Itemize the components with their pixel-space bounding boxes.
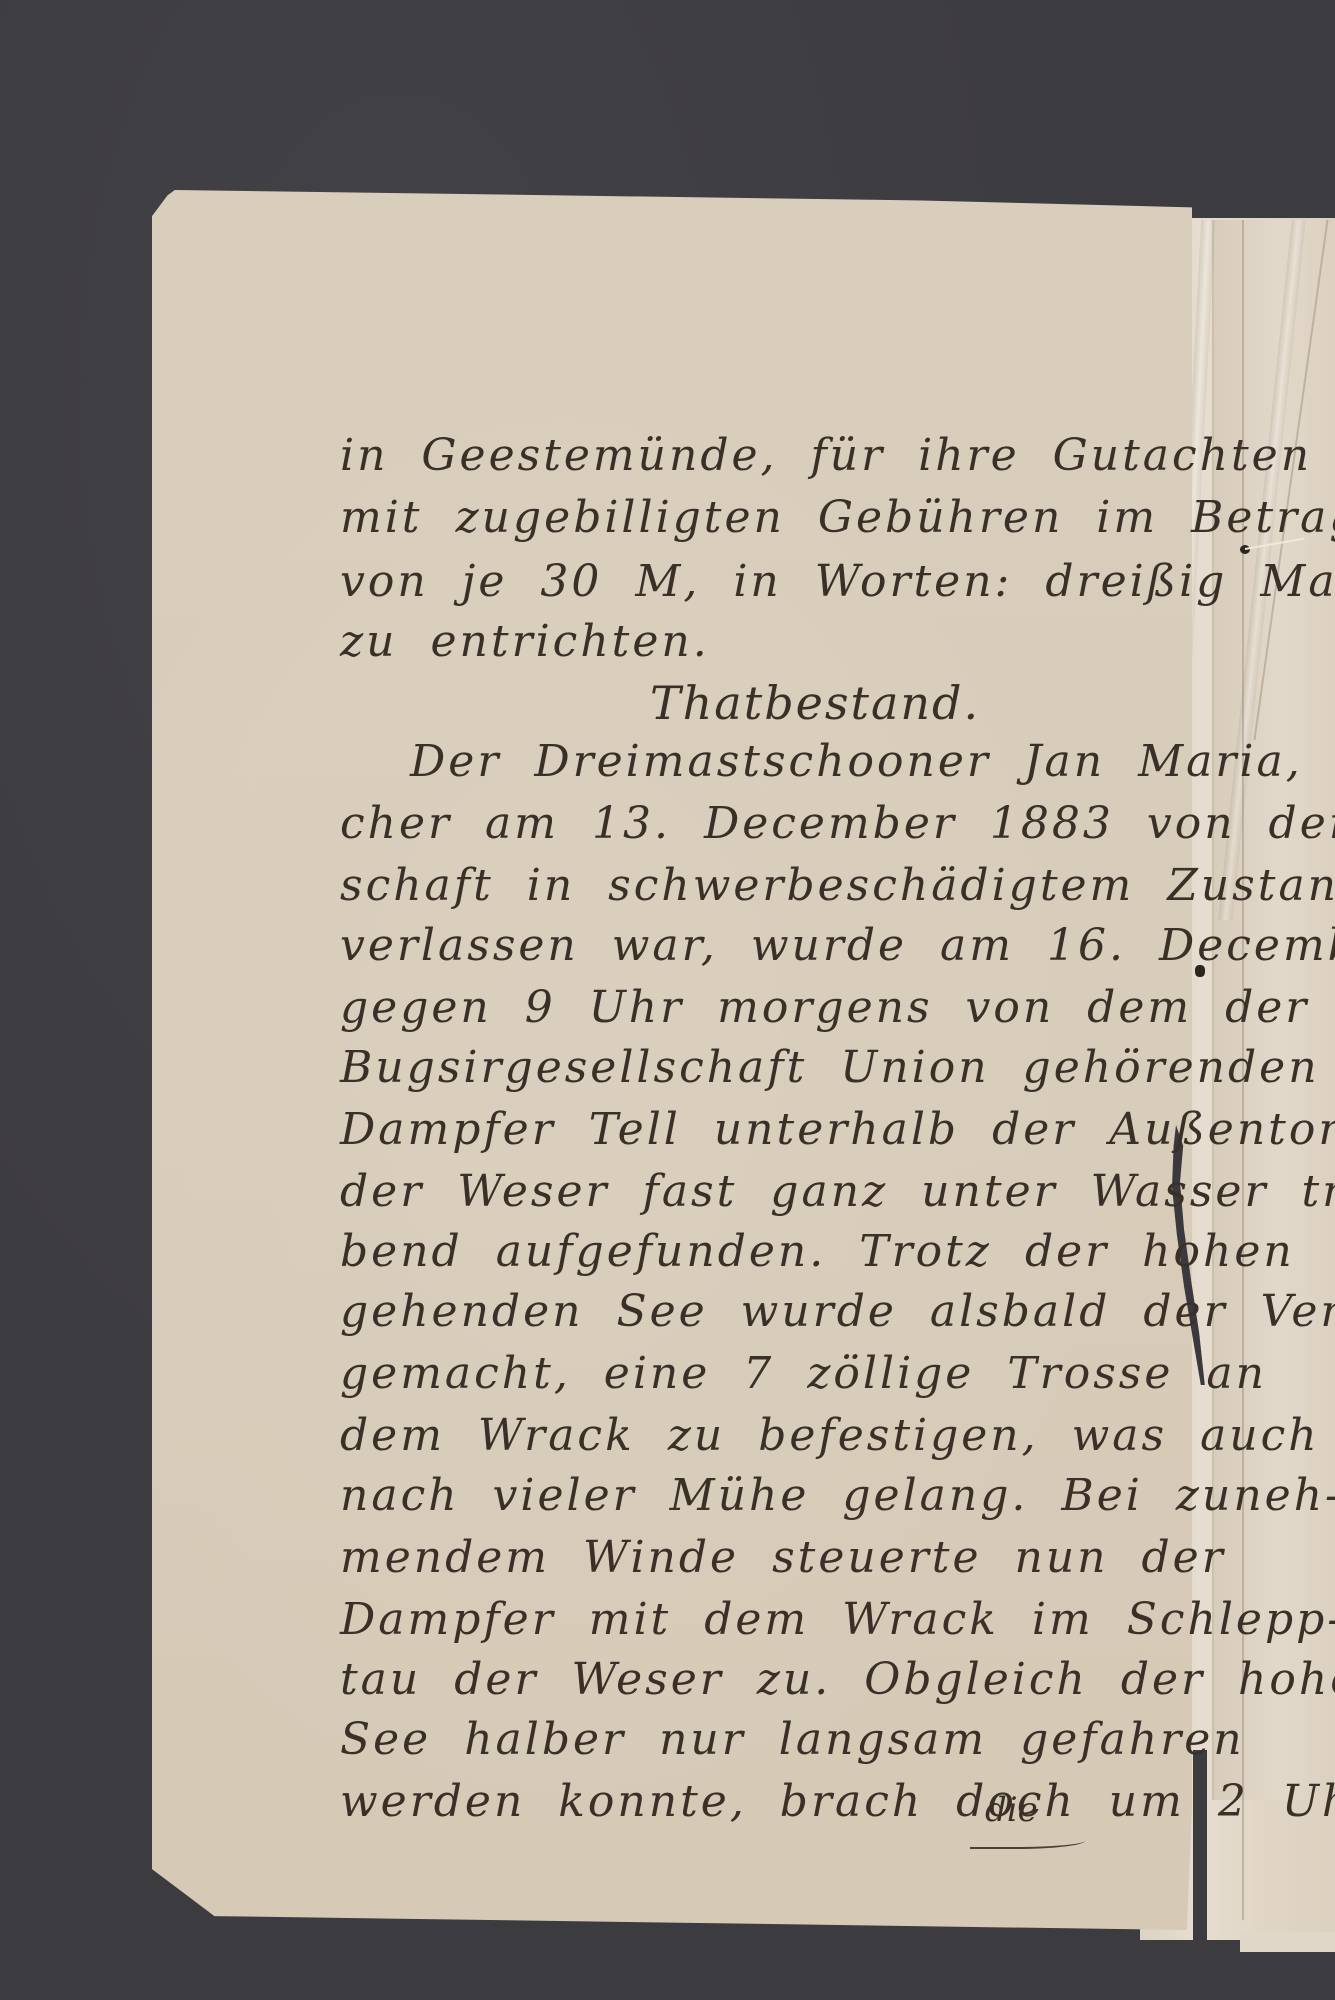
text-line: schaft in schwerbeschädigtem Zustande — [340, 860, 1335, 911]
text-line: gehenden See wurde alsbald der Versuch — [340, 1286, 1335, 1337]
text-line: mit zugebilligten Gebühren im Betrage — [340, 492, 1335, 543]
text-line: Dampfer Tell unterhalb der Außentonne — [340, 1104, 1335, 1155]
text-line: gemacht, eine 7 zöllige Trosse an — [340, 1348, 1267, 1399]
text-line: nach vieler Mühe gelang. Bei zuneh- — [340, 1470, 1335, 1521]
text-line: zu entrichten. — [340, 616, 710, 667]
text-line: von je 30 M, in Worten: dreißig Mark, — [340, 556, 1335, 607]
text-line: Bugsirgesellschaft Union gehörenden — [340, 1042, 1320, 1093]
text-line: bend aufgefunden. Trotz der hohen — [340, 1226, 1295, 1277]
catchword: die — [985, 1790, 1038, 1830]
text-line: der Weser fast ganz unter Wasser trei- — [340, 1166, 1335, 1217]
rear-sheet-bottom-edge — [1240, 1932, 1335, 1952]
text-line: gegen 9 Uhr morgens von dem der — [340, 982, 1309, 1033]
text-line: verlassen war, wurde am 16. December — [340, 920, 1335, 971]
text-line: dem Wrack zu befestigen, was auch — [340, 1410, 1320, 1461]
text-line: tau der Weser zu. Obgleich der hohen — [340, 1654, 1335, 1705]
text-line: in Geestemünde, für ihre Gutachten hier- — [340, 430, 1335, 481]
text-line: cher am 13. December 1883 von der Mann- — [340, 798, 1335, 849]
text-line: mendem Winde steuerte nun der — [340, 1532, 1226, 1583]
section-heading: Thatbestand. — [650, 676, 980, 730]
text-line: Der Dreimastschooner Jan Maria, wel- — [410, 736, 1335, 787]
text-line: werden konnte, brach doch um 2 Uhr — [340, 1776, 1335, 1827]
text-line: Dampfer mit dem Wrack im Schlepp- — [340, 1594, 1335, 1645]
text-line: See halber nur langsam gefahren — [340, 1714, 1245, 1765]
